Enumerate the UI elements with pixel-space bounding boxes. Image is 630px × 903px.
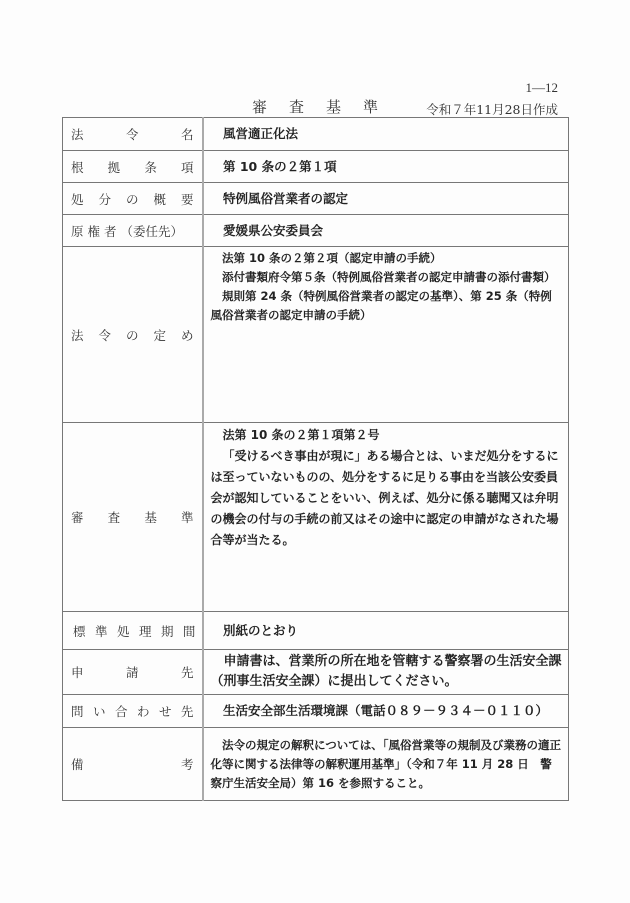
label-authority: 原 権 者 （委任先） — [63, 215, 203, 247]
row-submit-to: 申 請 先 申請書は、営業所の所在地を管轄する警察署の生活安全課（刑事生活安全課… — [63, 650, 569, 695]
label-processing-period: 標 準 処 理 期 間 — [63, 612, 203, 650]
value-disposition-summary: 特例風俗営業者の認定 — [203, 183, 569, 215]
value-submit-to: 申請書は、営業所の所在地を管轄する警察署の生活安全課（刑事生活安全課）に提出して… — [203, 650, 569, 695]
value-authority: 愛媛県公安委員会 — [203, 215, 569, 247]
label-remarks: 備 考 — [63, 728, 203, 801]
value-processing-period: 別紙のとおり — [203, 612, 569, 650]
value-legal-basis: 第 10 条の２第１項 — [203, 151, 569, 183]
row-law-name: 法 令 名 風営適正化法 — [63, 118, 569, 151]
label-submit-to: 申 請 先 — [63, 650, 203, 695]
row-review-criteria: 審 査 基 準 法第 10 条の２第１項第２号 「受けるべき事由が現に」ある場合… — [63, 423, 569, 612]
label-legal-basis: 根 拠 条 項 — [63, 151, 203, 183]
created-date: 令和７年11月28日作成 — [426, 100, 558, 118]
row-processing-period: 標 準 処 理 期 間 別紙のとおり — [63, 612, 569, 650]
label-disposition-summary: 処 分 の 概 要 — [63, 183, 203, 215]
value-remarks: 法令の規定の解釈については、「風俗営業等の規制及び業務の適正化等に関する法律等の… — [203, 728, 569, 801]
row-legal-provisions: 法 令 の 定 め 法第 10 条の２第２項（認定申請の手続） 添付書類府令第５… — [63, 247, 569, 423]
row-contact: 問 い 合 わ せ 先 生活安全部生活環境課（電話０８９－９３４－０１１０） — [63, 695, 569, 728]
value-legal-provisions: 法第 10 条の２第２項（認定申請の手続） 添付書類府令第５条（特例風俗営業者の… — [203, 247, 569, 423]
document-number: 1—12 — [526, 80, 559, 96]
row-remarks: 備 考 法令の規定の解釈については、「風俗営業等の規制及び業務の適正化等に関する… — [63, 728, 569, 801]
label-law-name: 法 令 名 — [63, 118, 203, 151]
value-contact: 生活安全部生活環境課（電話０８９－９３４－０１１０） — [203, 695, 569, 728]
row-authority: 原 権 者 （委任先） 愛媛県公安委員会 — [63, 215, 569, 247]
value-law-name: 風営適正化法 — [203, 118, 569, 151]
label-legal-provisions: 法 令 の 定 め — [63, 247, 203, 423]
label-contact: 問 い 合 わ せ 先 — [63, 695, 203, 728]
criteria-table: 法 令 名 風営適正化法 根 拠 条 項 第 10 条の２第１項 処 分 の 概… — [62, 117, 569, 801]
row-disposition-summary: 処 分 の 概 要 特例風俗営業者の認定 — [63, 183, 569, 215]
row-legal-basis: 根 拠 条 項 第 10 条の２第１項 — [63, 151, 569, 183]
label-review-criteria: 審 査 基 準 — [63, 423, 203, 612]
value-review-criteria: 法第 10 条の２第１項第２号 「受けるべき事由が現に」ある場合とは、いまだ処分… — [203, 423, 569, 612]
